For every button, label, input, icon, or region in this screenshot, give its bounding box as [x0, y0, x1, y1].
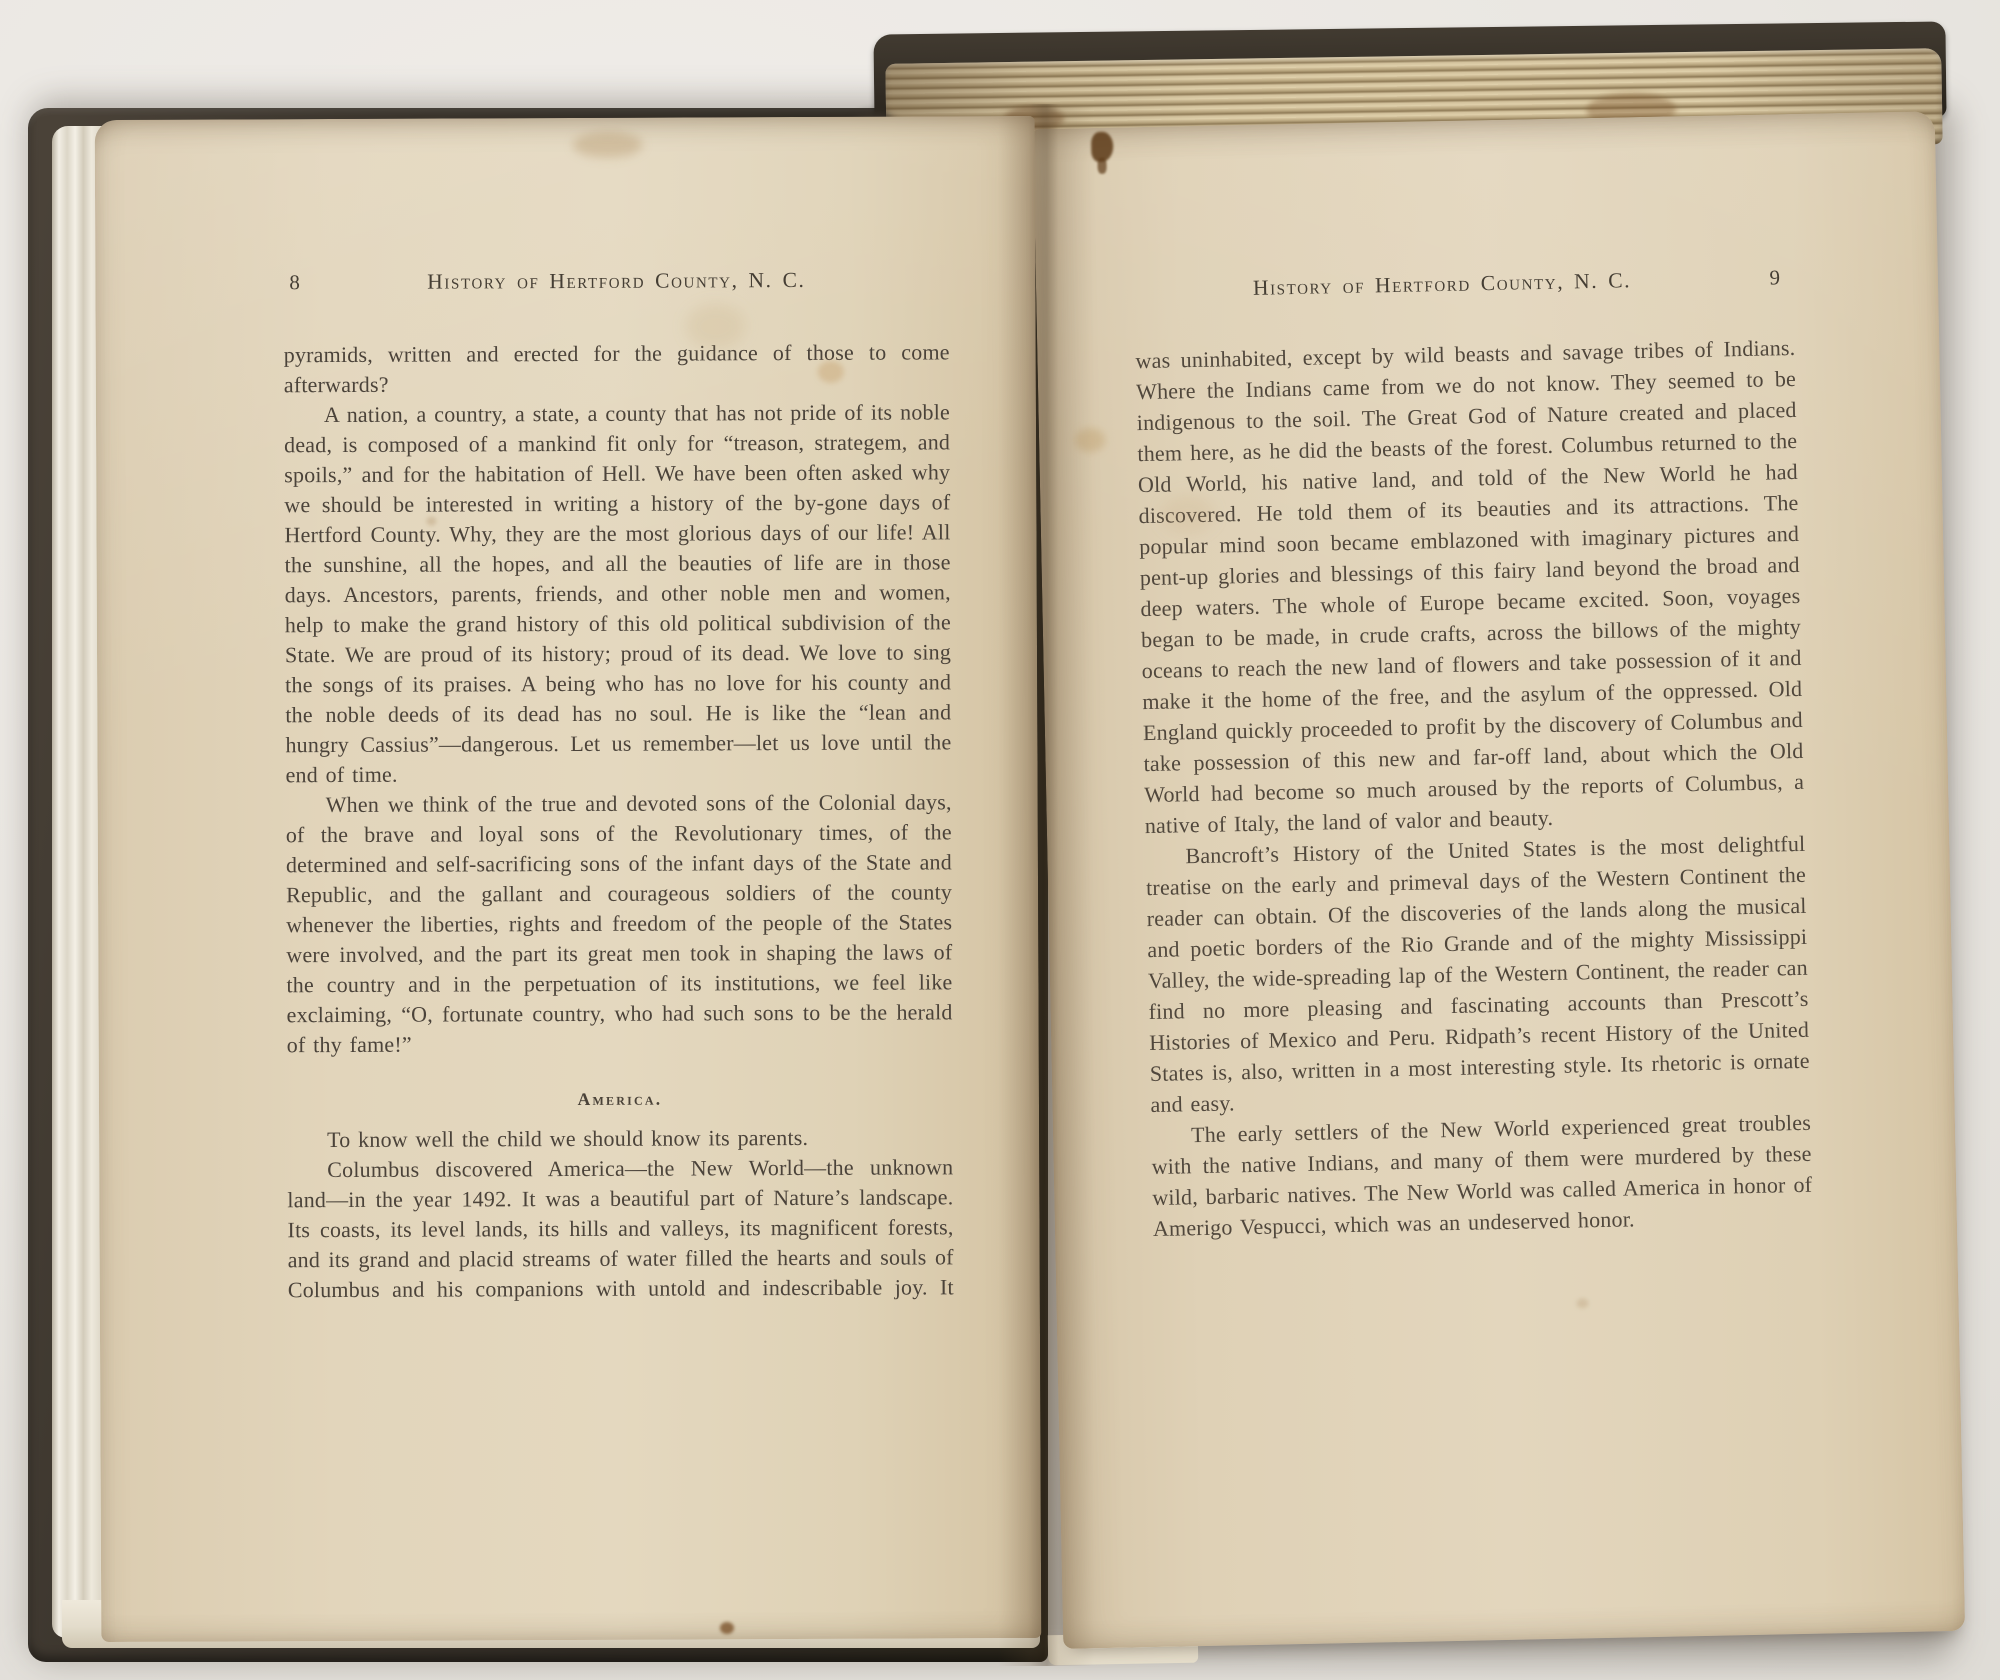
page-body-left: pyramids, written and erected for the gu…	[284, 337, 954, 1305]
foxing-stain	[1075, 428, 1105, 453]
running-header-title: History of Hertford County, N. C.	[427, 268, 805, 294]
ink-blot-stain	[1091, 132, 1114, 162]
paragraph: pyramids, written and erected for the gu…	[284, 337, 950, 400]
paragraph: A nation, a country, a state, a county t…	[284, 397, 952, 790]
paragraph: was uninhabited, except by wild beasts a…	[1135, 332, 1805, 841]
foxing-stain	[720, 1622, 734, 1634]
paragraph: When we think of the true and devoted so…	[286, 787, 953, 1060]
paragraph: The early settlers of the New World expe…	[1151, 1107, 1813, 1244]
page-number-right: 9	[1769, 264, 1780, 290]
running-header-title: History of Hertford County, N. C.	[1253, 267, 1632, 301]
foxing-stain	[573, 132, 643, 158]
paragraph: Bancroft’s History of the United States …	[1145, 828, 1810, 1120]
paragraph: Columbus discovered America—the New Worl…	[287, 1152, 954, 1305]
section-heading-america: America.	[287, 1087, 953, 1111]
page-body-right: was uninhabited, except by wild beasts a…	[1135, 332, 1813, 1244]
book-page-right: History of Hertford County, N. C. 9 was …	[1033, 111, 1965, 1649]
book-page-left: 8 History of Hertford County, N. C. pyra…	[95, 116, 1042, 1642]
ink-blot-stain	[1097, 158, 1106, 174]
paragraph: To know well the child we should know it…	[287, 1122, 953, 1155]
page-number-left: 8	[289, 269, 300, 295]
foxing-stain	[1576, 1298, 1588, 1308]
running-header-left: 8 History of Hertford County, N. C.	[283, 266, 949, 297]
open-book-scan: History of Hertford County, N. C. 9 was …	[0, 0, 2000, 1680]
running-header-right: History of Hertford County, N. C. 9	[1134, 264, 1794, 305]
